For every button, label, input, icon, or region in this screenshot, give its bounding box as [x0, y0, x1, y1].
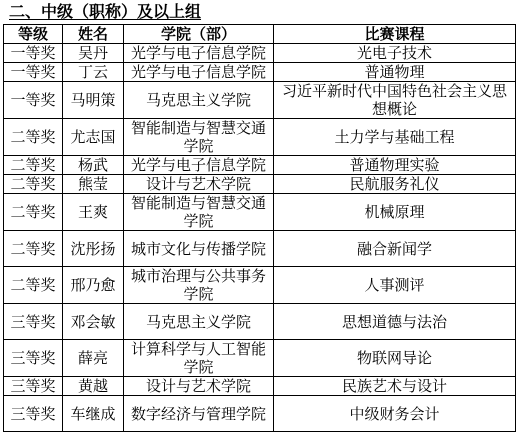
table-row: 三等奖车继成数字经济与管理学院中级财务会计	[4, 396, 516, 432]
cell-name: 邢乃愈	[63, 267, 124, 304]
cell-level: 二等奖	[4, 175, 63, 194]
table-row: 二等奖尤志国智能制造与智慧交通学院土力学与基础工程	[4, 119, 516, 156]
table-row: 二等奖熊莹设计与艺术学院民航服务礼仪	[4, 175, 516, 194]
table-body: 一等奖吴丹光学与电子信息学院光电子技术一等奖丁云光学与电子信息学院普通物理一等奖…	[4, 44, 516, 432]
cell-level: 二等奖	[4, 119, 63, 156]
cell-name: 丁云	[63, 63, 124, 82]
cell-name: 黄越	[63, 377, 124, 396]
cell-college: 光学与电子信息学院	[124, 156, 274, 175]
cell-college: 光学与电子信息学院	[124, 44, 274, 63]
cell-name: 吴丹	[63, 44, 124, 63]
cell-course: 中级财务会计	[274, 396, 516, 432]
cell-name: 马明策	[63, 82, 124, 119]
page: 二、中级（职称）及以上组 等级姓名学院（部）比赛课程 一等奖吴丹光学与电子信息学…	[0, 0, 523, 443]
table-row: 二等奖邢乃愈城市治理与公共事务学院人事测评	[4, 267, 516, 304]
cell-name: 车继成	[63, 396, 124, 432]
table-row: 三等奖黄越设计与艺术学院民族艺术与设计	[4, 377, 516, 396]
cell-level: 一等奖	[4, 44, 63, 63]
table-row: 三等奖邓会敏马克思主义学院思想道德与法治	[4, 304, 516, 340]
cell-college: 智能制造与智慧交通学院	[124, 194, 274, 231]
cell-level: 二等奖	[4, 194, 63, 231]
cell-name: 王爽	[63, 194, 124, 231]
cell-college: 马克思主义学院	[124, 82, 274, 119]
cell-name: 薛亮	[63, 340, 124, 377]
cell-course: 机械原理	[274, 194, 516, 231]
cell-level: 三等奖	[4, 304, 63, 340]
cell-college: 设计与艺术学院	[124, 377, 274, 396]
cell-level: 三等奖	[4, 396, 63, 432]
cell-course: 融合新闻学	[274, 231, 516, 267]
cell-level: 一等奖	[4, 63, 63, 82]
table-row: 二等奖杨武光学与电子信息学院普通物理实验	[4, 156, 516, 175]
cell-course: 思想道德与法治	[274, 304, 516, 340]
cell-college: 城市治理与公共事务学院	[124, 267, 274, 304]
cell-college: 智能制造与智慧交通学院	[124, 119, 274, 156]
cell-course: 习近平新时代中国特色社会主义思想概论	[274, 82, 516, 119]
awards-table: 等级姓名学院（部）比赛课程 一等奖吴丹光学与电子信息学院光电子技术一等奖丁云光学…	[3, 24, 516, 432]
cell-name: 杨武	[63, 156, 124, 175]
cell-college: 马克思主义学院	[124, 304, 274, 340]
cell-course: 普通物理实验	[274, 156, 516, 175]
column-header-name: 姓名	[63, 25, 124, 44]
cell-course: 物联网导论	[274, 340, 516, 377]
table-row: 一等奖吴丹光学与电子信息学院光电子技术	[4, 44, 516, 63]
cell-level: 三等奖	[4, 377, 63, 396]
cell-college: 数字经济与管理学院	[124, 396, 274, 432]
cell-course: 民族艺术与设计	[274, 377, 516, 396]
cell-college: 计算科学与人工智能学院	[124, 340, 274, 377]
cell-college: 光学与电子信息学院	[124, 63, 274, 82]
cell-course: 人事测评	[274, 267, 516, 304]
column-header-college: 学院（部）	[124, 25, 274, 44]
cell-college: 设计与艺术学院	[124, 175, 274, 194]
table-row: 二等奖沈彤扬城市文化与传播学院融合新闻学	[4, 231, 516, 267]
column-header-level: 等级	[4, 25, 63, 44]
cell-name: 沈彤扬	[63, 231, 124, 267]
cell-college: 城市文化与传播学院	[124, 231, 274, 267]
cell-level: 三等奖	[4, 340, 63, 377]
cell-course: 普通物理	[274, 63, 516, 82]
table-row: 一等奖丁云光学与电子信息学院普通物理	[4, 63, 516, 82]
cell-course: 民航服务礼仪	[274, 175, 516, 194]
cell-level: 二等奖	[4, 267, 63, 304]
table-row: 一等奖马明策马克思主义学院习近平新时代中国特色社会主义思想概论	[4, 82, 516, 119]
header-row: 等级姓名学院（部）比赛课程	[4, 25, 516, 44]
cell-level: 二等奖	[4, 231, 63, 267]
cell-name: 邓会敏	[63, 304, 124, 340]
table-row: 三等奖薛亮计算科学与人工智能学院物联网导论	[4, 340, 516, 377]
cell-course: 土力学与基础工程	[274, 119, 516, 156]
cell-level: 一等奖	[4, 82, 63, 119]
column-header-course: 比赛课程	[274, 25, 516, 44]
table-row: 二等奖王爽智能制造与智慧交通学院机械原理	[4, 194, 516, 231]
cell-name: 熊莹	[63, 175, 124, 194]
section-title: 二、中级（职称）及以上组	[9, 3, 523, 21]
cell-name: 尤志国	[63, 119, 124, 156]
cell-course: 光电子技术	[274, 44, 516, 63]
cell-level: 二等奖	[4, 156, 63, 175]
